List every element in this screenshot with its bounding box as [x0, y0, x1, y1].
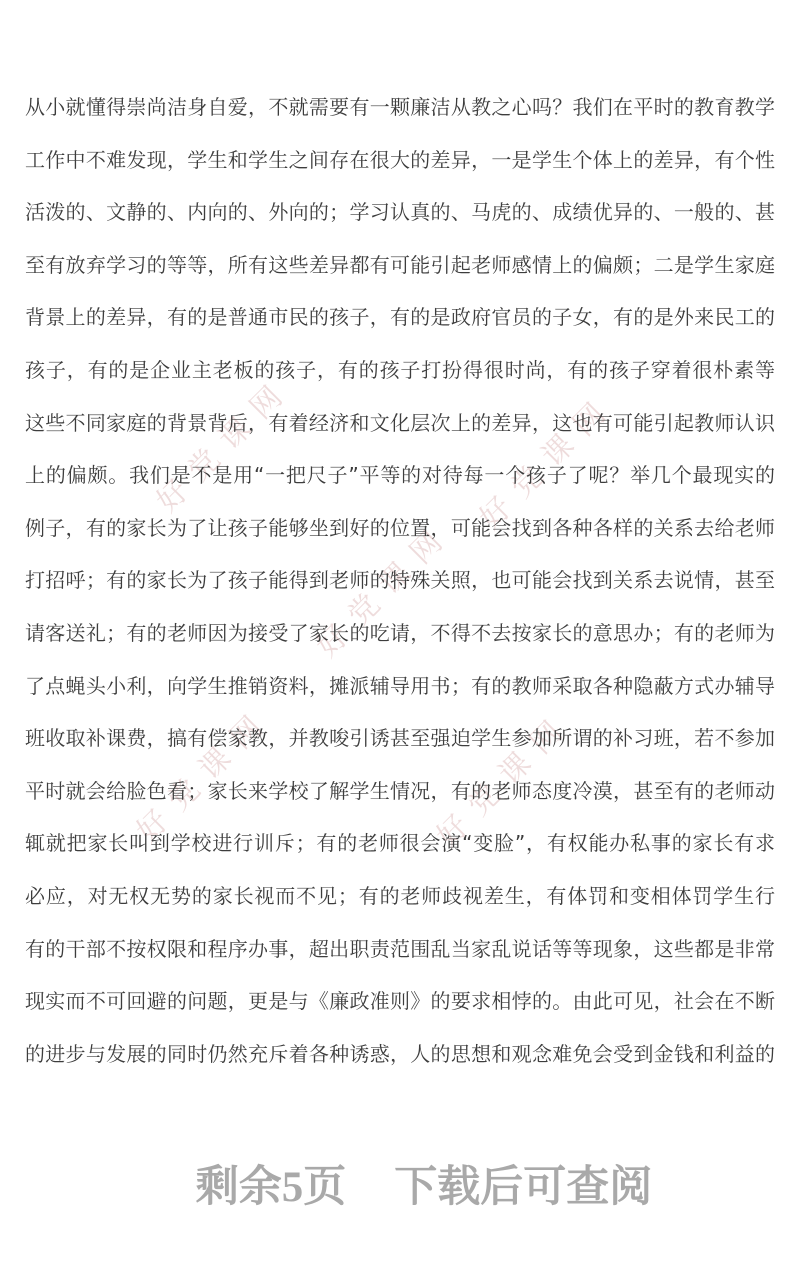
download-note-label: 下载后可查阅 — [394, 1164, 652, 1211]
text-line: 上的偏颇。我们是不是用“一把尺子”平等的对待每一个孩子了呢？举几个最现实的 — [25, 449, 775, 502]
text-line: 工作中不难发现，学生和学生之间存在很大的差异，一是学生个体上的差异，有个性 — [25, 134, 775, 187]
text-line: 辄就把家长叫到学校进行训斥；有的老师很会演“变脸”，有权能办私事的家长有求 — [25, 817, 775, 870]
text-line: 现实而不可回避的问题，更是与《廉政准则》的要求相悖的。由此可见，社会在不断 — [25, 975, 775, 1028]
text-line: 请客送礼；有的老师因为接受了家长的吃请，不得不去按家长的意思办；有的老师为 — [25, 607, 775, 660]
text-line: 孩子，有的是企业主老板的孩子，有的孩子打扮得很时尚，有的孩子穿着很朴素等等， — [25, 344, 775, 397]
download-prompt: 剩余5页下载后可查阅 — [24, 1160, 800, 1216]
text-line: 平时就会给脸色看；家长来学校了解学生情况，有的老师态度冷漠，甚至有的老师动 — [25, 765, 775, 818]
text-line: 了点蝇头小利，向学生推销资料，摊派辅导用书；有的教师采取各种隐蔽方式办辅导 — [25, 660, 775, 713]
text-line: 从小就懂得崇尚洁身自爱，不就需要有一颗廉洁从教之心吗？我们在平时的教育教学 — [25, 81, 775, 134]
pages-remaining-label: 剩余5页 — [196, 1164, 347, 1211]
text-line: 的进步与发展的同时仍然充斥着各种诱惑，人的思想和观念难免会受到金钱和利益的 — [25, 1028, 775, 1081]
text-line: 班收取补课费，搞有偿家教，并教唆引诱甚至强迫学生参加所谓的补习班，若不参加 — [25, 712, 775, 765]
text-line: 必应，对无权无势的家长视而不见；有的老师歧视差生，有体罚和变相体罚学生行为； — [25, 870, 775, 923]
text-line: 例子，有的家长为了让孩子能够坐到好的位置，可能会找到各种各样的关系去给老师 — [25, 502, 775, 555]
text-line: 背景上的差异，有的是普通市民的孩子，有的是政府官员的子女，有的是外来民工的 — [25, 291, 775, 344]
text-line: 打招呼；有的家长为了孩子能得到老师的特殊关照，也可能会找到关系去说情，甚至 — [25, 554, 775, 607]
text-line: 至有放弃学习的等等，所有这些差异都有可能引起老师感情上的偏颇；二是学生家庭 — [25, 239, 775, 292]
document-body: 从小就懂得崇尚洁身自爱，不就需要有一颗廉洁从教之心吗？我们在平时的教育教学工作中… — [25, 81, 775, 1080]
document-page: 好党课网好党课网好党课网好党课网好党课网 从小就懂得崇尚洁身自爱，不就需要有一颗… — [0, 0, 800, 1266]
text-line: 有的干部不按权限和程序办事，超出职责范围乱当家乱说话等等现象，这些都是非常 — [25, 923, 775, 976]
text-line: 活泼的、文静的、内向的、外向的；学习认真的、马虎的、成绩优异的、一般的、甚 — [25, 186, 775, 239]
text-line: 这些不同家庭的背景背后，有着经济和文化层次上的差异，这也有可能引起教师认识 — [25, 397, 775, 450]
